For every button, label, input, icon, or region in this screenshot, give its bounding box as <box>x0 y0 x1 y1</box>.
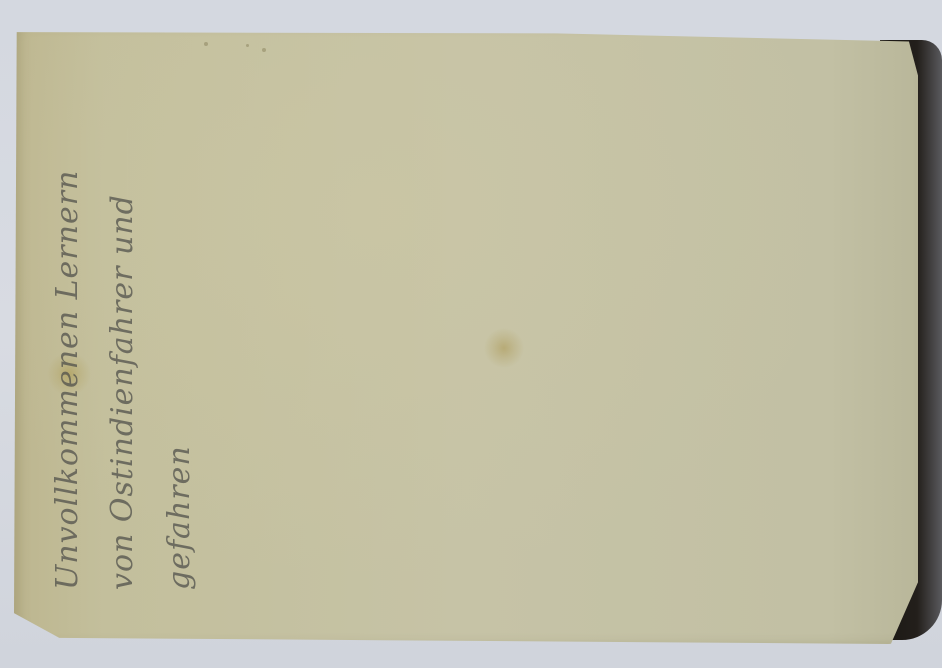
handwriting-line-2: von Ostindienfahrer und <box>105 194 140 590</box>
specks <box>262 48 266 52</box>
specks <box>204 42 208 46</box>
handwritten-inscription: Unvollkommenen Lernern von Ostindienfahr… <box>50 150 250 590</box>
handwriting-line-1: Unvollkommenen Lernern <box>50 170 85 590</box>
specks <box>246 44 249 47</box>
handwriting-line-3: gefahren <box>162 445 197 590</box>
